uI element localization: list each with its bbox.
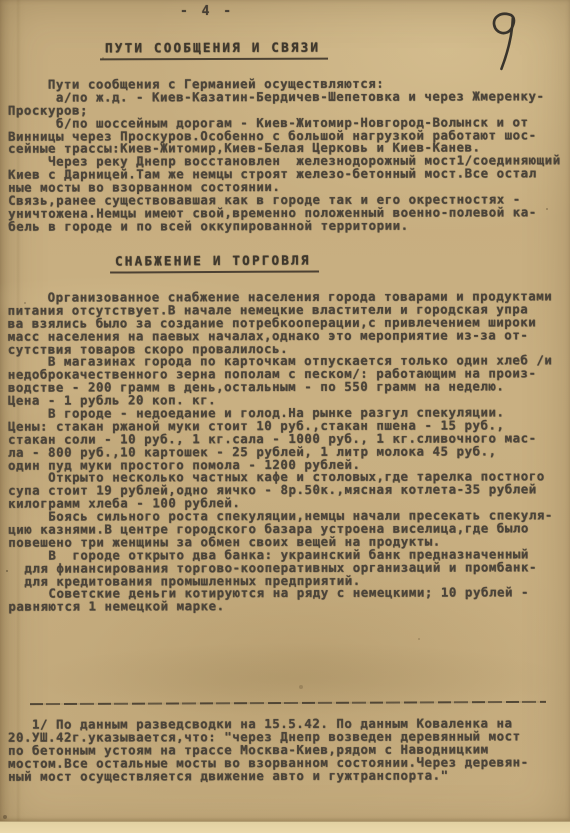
footnote-separator bbox=[30, 701, 546, 705]
typed-line: а/по ж.д. - Киев-Казатин-Бердичев-Шепето… bbox=[8, 90, 564, 104]
section-supply-text: Организованное снабжение населения город… bbox=[8, 290, 565, 614]
section-title-transport: ПУТИ СООБЩЕНИЯ И СВЯЗИ bbox=[100, 40, 328, 61]
section-title-supply: СНАБЖЕНИЕ И ТОРГОВЛЯ bbox=[110, 252, 319, 273]
handwritten-page-number bbox=[484, 10, 524, 72]
typed-line: равняются 1 немецкой марке. bbox=[8, 600, 564, 614]
page-number: - 4 - bbox=[180, 4, 234, 19]
scan-bottom-edge bbox=[0, 821, 570, 833]
typed-line: бель в городе и по всей оккупированной т… bbox=[8, 219, 564, 233]
document-page: - 4 - ПУТИ СООБЩЕНИЯ И СВЯЗИ Пути сообще… bbox=[0, 0, 570, 833]
handwritten-nine-icon bbox=[484, 10, 524, 72]
footnote-text: 1/ По данным разведсводки на 15.5.42. По… bbox=[8, 716, 564, 783]
section-transport-text: Пути сообщения с Германией осуществляютс… bbox=[8, 77, 564, 233]
typed-line: ный мост осуществляется движение авто и … bbox=[8, 769, 564, 784]
